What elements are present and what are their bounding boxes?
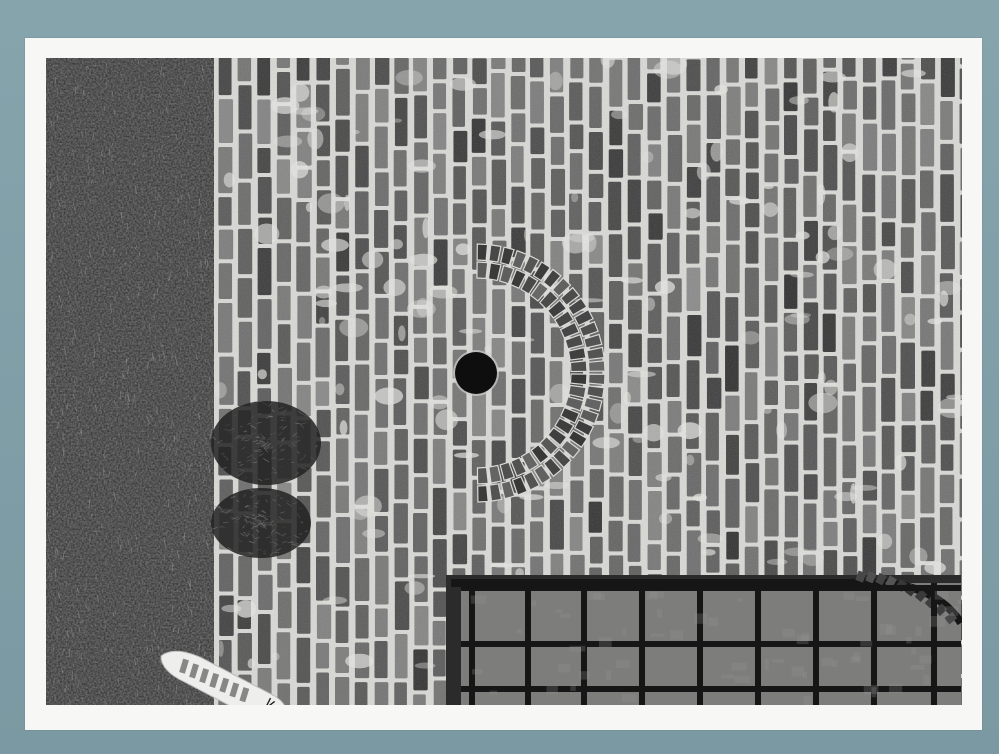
drain-hole: [453, 350, 499, 396]
lawn: [46, 58, 222, 705]
photograph: [46, 58, 962, 705]
photo-scene: [46, 58, 962, 705]
window-grille: [446, 570, 962, 705]
